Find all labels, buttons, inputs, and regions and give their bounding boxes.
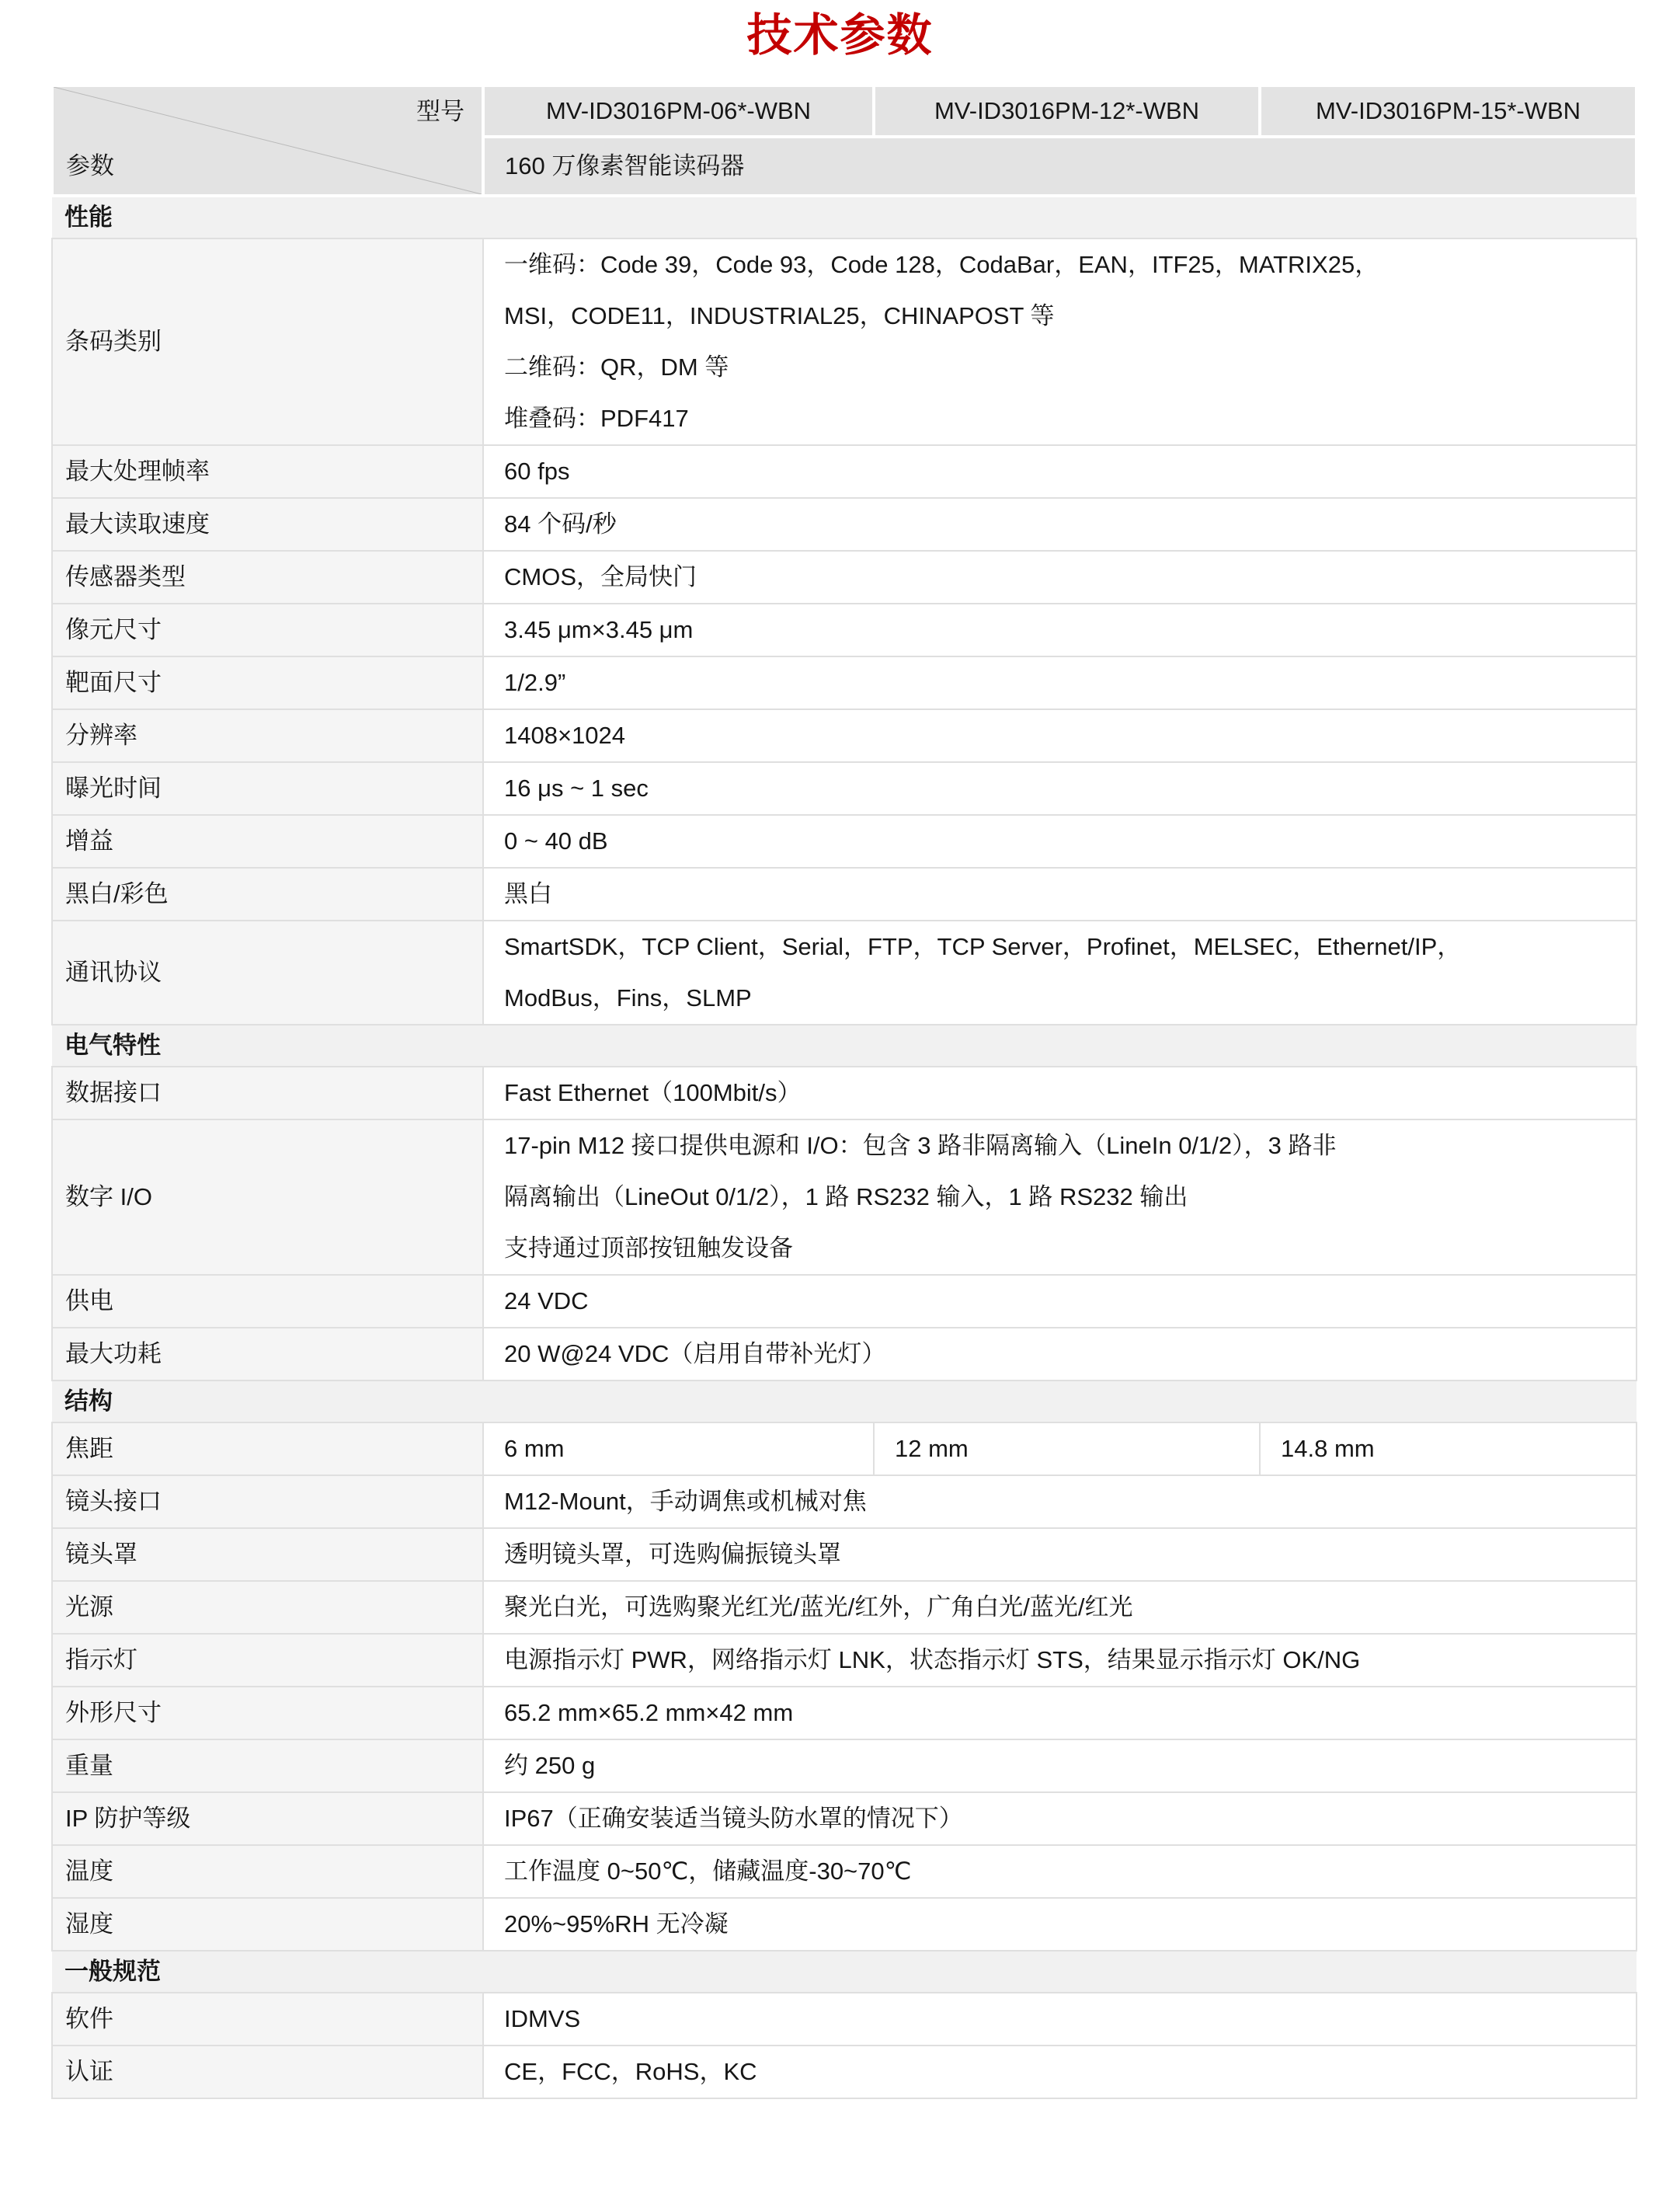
spec-label: 认证: [52, 2046, 483, 2098]
spec-label: 条码类别: [52, 239, 483, 445]
spec-label: 光源: [52, 1581, 483, 1634]
spec-label: 镜头接口: [52, 1475, 483, 1528]
spec-row-indicators: 指示灯 电源指示灯 PWR，网络指示灯 LNK，状态指示灯 STS，结果显示指示…: [52, 1634, 1637, 1687]
spec-label: 通讯协议: [52, 921, 483, 1025]
spec-row-power-supply: 供电 24 VDC: [52, 1275, 1637, 1328]
spec-row-protocols: 通讯协议 SmartSDK，TCP Client，Serial，FTP，TCP …: [52, 921, 1637, 1025]
corner-param-label: 参数: [66, 151, 114, 182]
focal-length-14-8mm: 14.8 mm: [1260, 1422, 1637, 1475]
spec-row-focal-length: 焦距 6 mm 12 mm 14.8 mm: [52, 1422, 1637, 1475]
spec-label: 供电: [52, 1275, 483, 1328]
spec-row-barcode-types: 条码类别 一维码：Code 39，Code 93，Code 128，CodaBa…: [52, 239, 1637, 445]
spec-value: IDMVS: [483, 1993, 1637, 2046]
section-title: 性能: [52, 196, 1637, 239]
spec-value: 1/2.9”: [483, 656, 1637, 709]
spec-value: CE，FCC，RoHS，KC: [483, 2046, 1637, 2098]
spec-value: 聚光白光，可选购聚光红光/蓝光/红外，广角白光/蓝光/红光: [483, 1581, 1637, 1634]
spec-label: 靶面尺寸: [52, 656, 483, 709]
spec-value: IP67（正确安装适当镜头防水罩的情况下）: [483, 1792, 1637, 1845]
model-name-3: MV-ID3016PM-15*-WBN: [1260, 85, 1637, 137]
spec-row-certification: 认证 CE，FCC，RoHS，KC: [52, 2046, 1637, 2098]
spec-label: 焦距: [52, 1422, 483, 1475]
spec-value: 16 μs ~ 1 sec: [483, 762, 1637, 815]
spec-row-sensor-format: 靶面尺寸 1/2.9”: [52, 656, 1637, 709]
page-title: 技术参数: [0, 0, 1680, 71]
spec-label: 数字 I/O: [52, 1119, 483, 1275]
spec-value: SmartSDK，TCP Client，Serial，FTP，TCP Serve…: [483, 921, 1637, 1025]
spec-value: 电源指示灯 PWR，网络指示灯 LNK，状态指示灯 STS，结果显示指示灯 OK…: [483, 1634, 1637, 1687]
spec-label: 最大处理帧率: [52, 445, 483, 498]
spec-row-data-interface: 数据接口 Fast Ethernet（100Mbit/s）: [52, 1067, 1637, 1119]
spec-row-temperature: 温度 工作温度 0~50℃，储藏温度-30~70℃: [52, 1845, 1637, 1898]
spec-label: 黑白/彩色: [52, 868, 483, 921]
spec-row-dimensions: 外形尺寸 65.2 mm×65.2 mm×42 mm: [52, 1687, 1637, 1739]
spec-row-exposure-time: 曝光时间 16 μs ~ 1 sec: [52, 762, 1637, 815]
spec-value: 约 250 g: [483, 1739, 1637, 1792]
spec-value: 20 W@24 VDC（启用自带补光灯）: [483, 1328, 1637, 1381]
header-row-models: 型号 参数 MV-ID3016PM-06*-WBN MV-ID3016PM-12…: [52, 85, 1637, 137]
spec-value: 24 VDC: [483, 1275, 1637, 1328]
spec-value: 黑白: [483, 868, 1637, 921]
spec-row-light-source: 光源 聚光白光，可选购聚光红光/蓝光/红外，广角白光/蓝光/红光: [52, 1581, 1637, 1634]
section-electrical: 电气特性: [52, 1025, 1637, 1067]
model-name-2: MV-ID3016PM-12*-WBN: [874, 85, 1260, 137]
spec-label: 软件: [52, 1993, 483, 2046]
spec-row-pixel-size: 像元尺寸 3.45 μm×3.45 μm: [52, 604, 1637, 656]
section-title: 结构: [52, 1381, 1637, 1422]
spec-value: 0 ~ 40 dB: [483, 815, 1637, 868]
spec-table: 型号 参数 MV-ID3016PM-06*-WBN MV-ID3016PM-12…: [50, 84, 1638, 2099]
spec-label: 最大读取速度: [52, 498, 483, 551]
spec-row-lens-cover: 镜头罩 透明镜头罩，可选购偏振镜头罩: [52, 1528, 1637, 1581]
spec-label: 湿度: [52, 1898, 483, 1951]
spec-sheet-page: 技术参数 型号 参数 MV-ID3016PM-06*-WBN MV-ID3016…: [0, 0, 1680, 2204]
spec-row-max-read-speed: 最大读取速度 84 个码/秒: [52, 498, 1637, 551]
focal-length-12mm: 12 mm: [874, 1422, 1260, 1475]
series-description: 160 万像素智能读码器: [483, 137, 1637, 196]
spec-label: 像元尺寸: [52, 604, 483, 656]
section-structure: 结构: [52, 1381, 1637, 1422]
spec-label: 重量: [52, 1739, 483, 1792]
spec-label: 曝光时间: [52, 762, 483, 815]
spec-row-digital-io: 数字 I/O 17-pin M12 接口提供电源和 I/O：包含 3 路非隔离输…: [52, 1119, 1637, 1275]
spec-value: 一维码：Code 39，Code 93，Code 128，CodaBar，EAN…: [483, 239, 1637, 445]
spec-row-mono-color: 黑白/彩色 黑白: [52, 868, 1637, 921]
spec-row-software: 软件 IDMVS: [52, 1993, 1637, 2046]
spec-row-ip-rating: IP 防护等级 IP67（正确安装适当镜头防水罩的情况下）: [52, 1792, 1637, 1845]
spec-value: 17-pin M12 接口提供电源和 I/O：包含 3 路非隔离输入（LineI…: [483, 1119, 1637, 1275]
spec-value: 60 fps: [483, 445, 1637, 498]
corner-model-label: 型号: [416, 96, 464, 127]
spec-label: 外形尺寸: [52, 1687, 483, 1739]
section-general: 一般规范: [52, 1951, 1637, 1993]
spec-value: 20%~95%RH 无冷凝: [483, 1898, 1637, 1951]
spec-value: Fast Ethernet（100Mbit/s）: [483, 1067, 1637, 1119]
spec-label: 数据接口: [52, 1067, 483, 1119]
spec-label: 最大功耗: [52, 1328, 483, 1381]
spec-value: 84 个码/秒: [483, 498, 1637, 551]
spec-row-max-frame-rate: 最大处理帧率 60 fps: [52, 445, 1637, 498]
spec-value: CMOS，全局快门: [483, 551, 1637, 604]
focal-length-6mm: 6 mm: [483, 1422, 874, 1475]
model-name-1: MV-ID3016PM-06*-WBN: [483, 85, 874, 137]
spec-value: M12-Mount，手动调焦或机械对焦: [483, 1475, 1637, 1528]
spec-row-humidity: 湿度 20%~95%RH 无冷凝: [52, 1898, 1637, 1951]
spec-value: 65.2 mm×65.2 mm×42 mm: [483, 1687, 1637, 1739]
spec-label: 镜头罩: [52, 1528, 483, 1581]
spec-label: 传感器类型: [52, 551, 483, 604]
section-performance: 性能: [52, 196, 1637, 239]
spec-label: 指示灯: [52, 1634, 483, 1687]
spec-value: 透明镜头罩，可选购偏振镜头罩: [483, 1528, 1637, 1581]
spec-value: 工作温度 0~50℃，储藏温度-30~70℃: [483, 1845, 1637, 1898]
section-title: 电气特性: [52, 1025, 1637, 1067]
spec-row-sensor-type: 传感器类型 CMOS，全局快门: [52, 551, 1637, 604]
spec-row-resolution: 分辨率 1408×1024: [52, 709, 1637, 762]
spec-label: 增益: [52, 815, 483, 868]
spec-label: 分辨率: [52, 709, 483, 762]
spec-value: 3.45 μm×3.45 μm: [483, 604, 1637, 656]
spec-value: 1408×1024: [483, 709, 1637, 762]
spec-label: IP 防护等级: [52, 1792, 483, 1845]
spec-row-gain: 增益 0 ~ 40 dB: [52, 815, 1637, 868]
spec-row-lens-mount: 镜头接口 M12-Mount，手动调焦或机械对焦: [52, 1475, 1637, 1528]
corner-cell: 型号 参数: [52, 85, 483, 196]
section-title: 一般规范: [52, 1951, 1637, 1993]
spec-label: 温度: [52, 1845, 483, 1898]
spec-row-weight: 重量 约 250 g: [52, 1739, 1637, 1792]
spec-row-max-power: 最大功耗 20 W@24 VDC（启用自带补光灯）: [52, 1328, 1637, 1381]
